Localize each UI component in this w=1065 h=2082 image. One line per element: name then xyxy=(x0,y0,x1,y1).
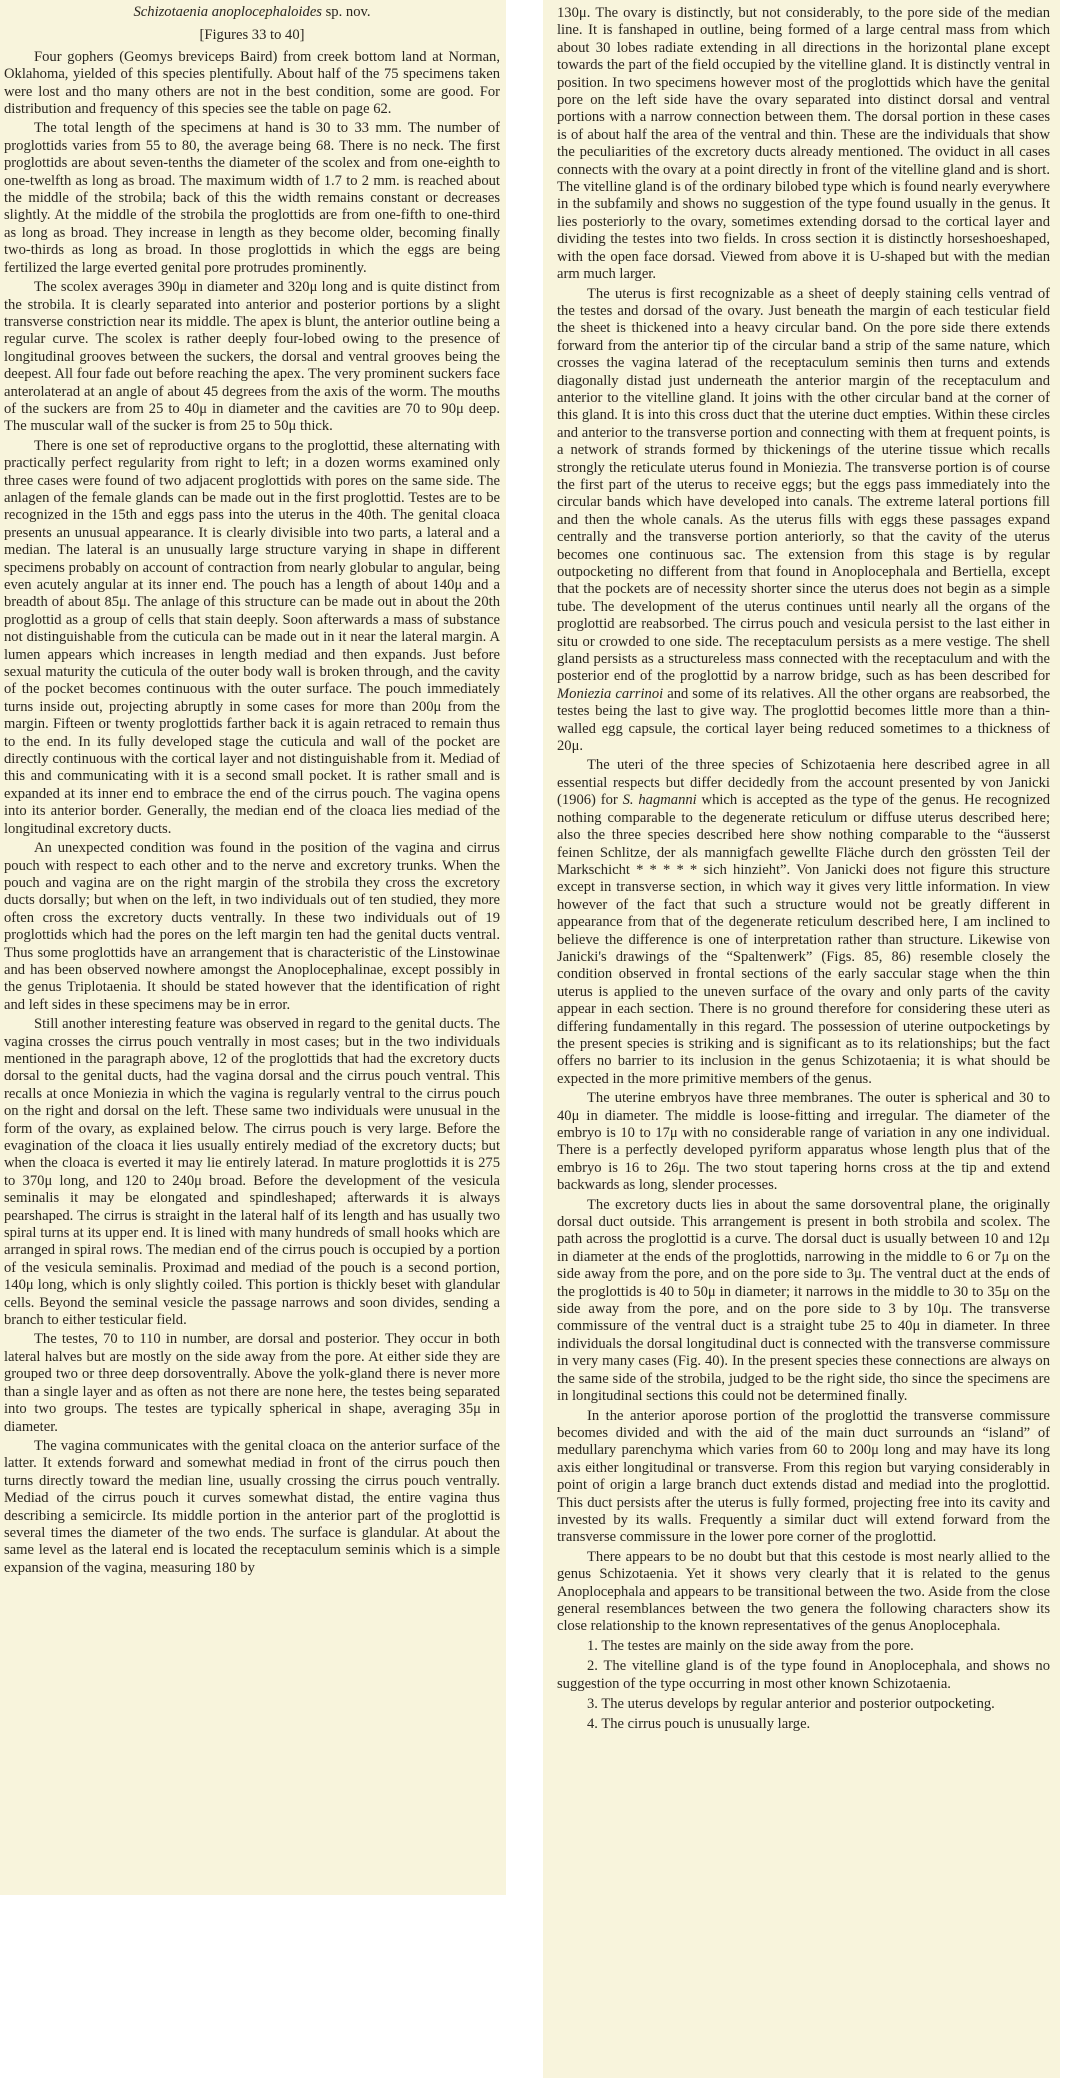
paragraph-uterus: The uterus is first recognizable as a sh… xyxy=(557,286,1050,756)
paragraph-reproductive-organs: There is one set of reproductive organs … xyxy=(4,438,500,838)
list-item: 2. The vitelline gland is of the type fo… xyxy=(557,1658,1050,1693)
right-column: 130μ. The ovary is distinctly, but not c… xyxy=(543,0,1060,2078)
paragraph-relationship: There appears to be no doubt but that th… xyxy=(557,1549,1050,1636)
list-item: 4. The cirrus pouch is unusually large. xyxy=(557,1716,1050,1733)
species-s-hagmanni: S. hagmanni xyxy=(623,792,697,808)
figure-reference: [Figures 33 to 40] xyxy=(4,27,500,44)
uterus-text: The uterus is first recognizable as a sh… xyxy=(557,286,1050,685)
section-title: Schizotaenia anoplocephaloides sp. nov. xyxy=(4,4,500,21)
list-item: 3. The uterus develops by regular anteri… xyxy=(557,1696,1050,1713)
paragraph-ovary: 130μ. The ovary is distinctly, but not c… xyxy=(557,5,1050,284)
paragraph-intro: Four gophers (Geomys breviceps Baird) fr… xyxy=(4,49,500,119)
paragraph-vagina-cirrus-position: An unexpected condition was found in the… xyxy=(4,840,500,1014)
paragraph-dimensions: The total length of the specimens at han… xyxy=(4,120,500,277)
paragraph-testes: The testes, 70 to 110 in number, are dor… xyxy=(4,1331,500,1435)
left-column: Schizotaenia anoplocephaloides sp. nov. … xyxy=(0,0,506,1895)
list-item: 1. The testes are mainly on the side awa… xyxy=(557,1638,1050,1655)
paragraph-aporose-portion: In the anterior aporose portion of the p… xyxy=(557,1408,1050,1547)
paragraph-genital-ducts: Still another interesting feature was ob… xyxy=(4,1016,500,1329)
paragraph-excretory-ducts: The excretory ducts lies in about the sa… xyxy=(557,1197,1050,1406)
species-name: Schizotaenia anoplocephaloides xyxy=(134,4,322,20)
paragraph-uteri-comparison: The uteri of the three species of Schizo… xyxy=(557,757,1050,1088)
paragraph-scolex: The scolex averages 390μ in diameter and… xyxy=(4,279,500,436)
species-suffix: sp. nov. xyxy=(322,4,371,20)
species-moniezia-carrinoi: Moniezia carrinoi xyxy=(557,686,663,702)
uteri-text-tail: which is accepted as the type of the gen… xyxy=(557,792,1050,1087)
paragraph-embryos: The uterine embryos have three membranes… xyxy=(557,1090,1050,1194)
paragraph-vagina: The vagina communicates with the genital… xyxy=(4,1438,500,1577)
